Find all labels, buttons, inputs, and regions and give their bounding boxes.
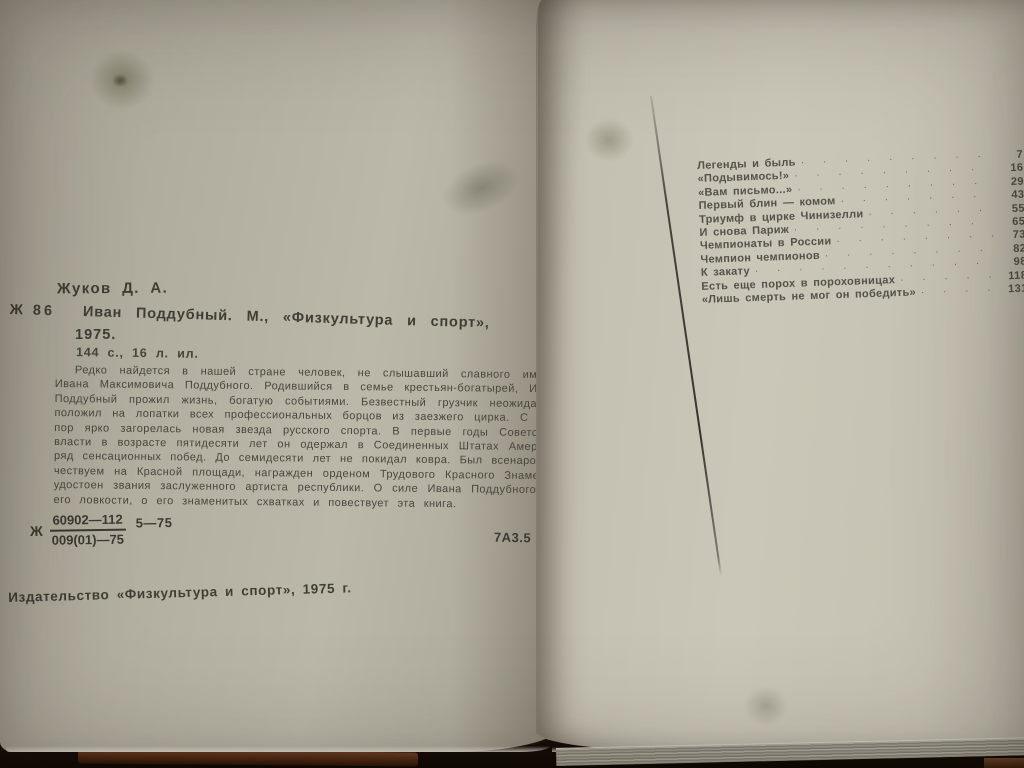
catalog-formula: Ж 60902—112 009(01)—75 5—75	[30, 511, 173, 549]
open-book-photo: Жуков Д. А. Ж 86Иван Поддубный. М., «Физ…	[0, 0, 1024, 768]
toc-entry-page: 7	[996, 149, 1023, 162]
toc-entry-title: К закату	[701, 265, 750, 279]
catalog-suffix: 5—75	[136, 511, 173, 531]
catalog-index-code: Ж 86	[10, 302, 56, 319]
page-stain	[584, 118, 634, 162]
wood-table-corner	[984, 758, 1024, 768]
publication-year: 1975.	[75, 327, 116, 343]
toc-entry-page: 16	[996, 162, 1023, 175]
left-page-content: Жуков Д. А. Ж 86Иван Поддубный. М., «Физ…	[0, 0, 560, 752]
catalog-prefix: Ж	[30, 523, 43, 539]
dot-leader: · · · · · · · · · · · · · · · · · · · ·	[921, 285, 996, 299]
publisher-line: Издательство «Физкультура и спорт», 1975…	[8, 580, 352, 605]
right-page: Легенды и быль · · · · · · · · · · · · ·…	[536, 0, 1024, 752]
toc-entry-page: 118	[1000, 269, 1024, 282]
catalog-fraction: 60902—112 009(01)—75	[49, 512, 126, 550]
wood-table-sliver	[78, 750, 418, 767]
toc-entry-page: 98	[1000, 256, 1024, 269]
toc-entry-page: 73	[999, 229, 1024, 242]
author-line: Жуков Д. А.	[57, 280, 168, 298]
toc-entry-page: 82	[999, 242, 1024, 255]
catalog-numerator: 60902—112	[49, 512, 125, 532]
toc-entry-page: 55	[998, 202, 1024, 215]
book-title-line: Иван Поддубный. М., «Физкультура и спорт…	[83, 304, 490, 331]
toc-entry-page: 65	[998, 216, 1024, 229]
left-page: Жуков Д. А. Ж 86Иван Поддубный. М., «Физ…	[0, 0, 560, 752]
toc-entry-page: 43	[997, 189, 1024, 202]
annotation-paragraph: Редко найдется в нашей стране человек, н…	[53, 363, 556, 512]
page-stain	[744, 686, 788, 726]
catalog-denominator: 009(01)—75	[50, 531, 126, 549]
classification-code: 7А3.5	[494, 530, 531, 546]
table-of-contents: Легенды и быль · · · · · · · · · · · · ·…	[697, 149, 1024, 308]
toc-entry-page: 131	[1000, 282, 1024, 295]
toc-entry-page: 29	[997, 175, 1024, 188]
collation-line: 144 с., 16 л. ил.	[76, 345, 199, 361]
